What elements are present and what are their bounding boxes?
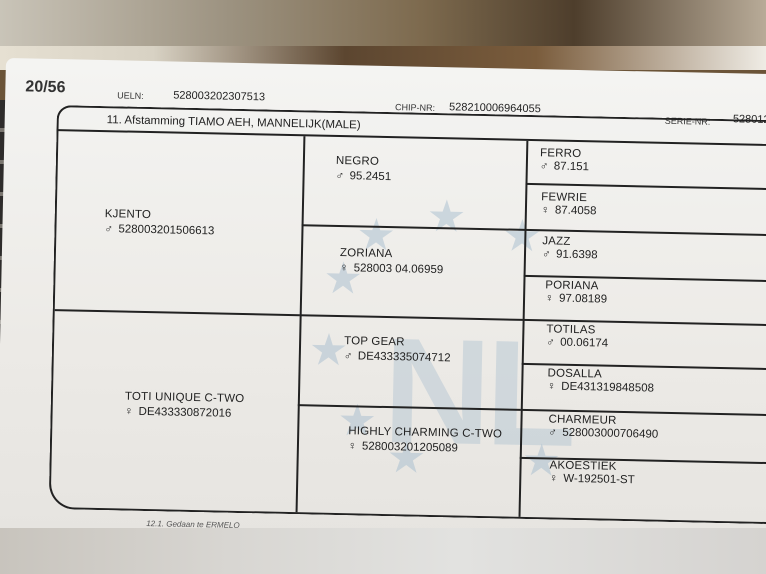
horse-name: DOSALLA <box>547 367 654 381</box>
horse-name: HIGHLY CHARMING C-TWO <box>348 425 502 440</box>
male-icon: ♂ <box>546 336 560 348</box>
horse-id: 87.151 <box>554 160 589 173</box>
male-icon: ♂ <box>542 248 556 260</box>
female-icon: ♀ <box>549 472 563 484</box>
pedigree-sire: KJENTO ♂528003201506613 <box>104 208 214 237</box>
background-blur-bottom <box>0 528 766 574</box>
horse-id: 91.6398 <box>556 249 598 262</box>
star-icon: ★ <box>308 324 349 376</box>
horse-name: NEGRO <box>336 155 392 168</box>
pedigree-table: 11. Afstamming TIAMO AEH, MANNELIJK(MALE… <box>49 105 766 525</box>
horse-id: 87.4058 <box>555 205 597 218</box>
female-icon: ♀ <box>545 292 559 304</box>
horse-id: 528003201506613 <box>118 223 214 237</box>
horse-id: DE431319848508 <box>561 381 654 395</box>
ueln-label: UELN: <box>117 90 144 101</box>
pedigree-gen3-1: FERRO ♂87.151 <box>540 147 590 173</box>
column-divider <box>296 136 306 512</box>
male-icon: ♂ <box>548 426 562 438</box>
pedigree-sire-dam: ZORIANA ♀528003 04.06959 <box>340 247 444 276</box>
horse-id: DE433330872016 <box>138 406 231 420</box>
pedigree-dam: TOTI UNIQUE C-TWO ♀DE433330872016 <box>124 391 244 420</box>
horse-name: KJENTO <box>105 208 215 222</box>
horse-name: CHARMEUR <box>548 413 658 427</box>
horse-name: TOP GEAR <box>344 335 451 349</box>
horse-id: 00.06174 <box>560 337 608 350</box>
horse-id: W-192501-ST <box>563 473 635 486</box>
male-icon: ♂ <box>540 160 554 172</box>
female-icon: ♀ <box>340 262 354 274</box>
pedigree-gen3-6: DOSALLA ♀DE431319848508 <box>547 367 654 394</box>
female-icon: ♀ <box>124 406 138 418</box>
female-icon: ♀ <box>541 204 555 216</box>
horse-id: DE433335074712 <box>358 350 451 364</box>
row-divider <box>525 183 766 191</box>
horse-name: FERRO <box>540 147 589 160</box>
female-icon: ♀ <box>547 380 561 392</box>
row-divider <box>302 224 525 231</box>
pedigree-gen3-3: JAZZ ♂91.6398 <box>542 235 598 261</box>
section-title: 11. Afstamming TIAMO AEH, MANNELIJK(MALE… <box>58 107 766 147</box>
horse-name: JAZZ <box>542 235 598 248</box>
ueln-value: 528003202307513 <box>173 90 265 104</box>
horse-id: 528003 04.06959 <box>354 262 444 276</box>
pedigree-document: 20/56 UELN: 528003202307513 CHIP-NR: 528… <box>0 58 766 555</box>
pedigree-sire-sire: NEGRO ♂95.2451 <box>335 155 391 183</box>
horse-name: TOTI UNIQUE C-TWO <box>125 391 245 405</box>
horse-name: FEWRIE <box>541 191 597 204</box>
female-icon: ♀ <box>348 440 362 452</box>
pedigree-gen3-5: TOTILAS ♂00.06174 <box>546 323 608 349</box>
pedigree-gen3-8: AKOESTIEK ♀W-192501-ST <box>549 459 635 486</box>
male-icon: ♂ <box>335 170 349 182</box>
row-divider <box>55 309 300 316</box>
horse-id: 528003201205089 <box>362 441 458 455</box>
horse-name: ZORIANA <box>340 247 444 261</box>
horse-name: AKOESTIEK <box>549 459 635 473</box>
background-blur-top <box>0 0 766 48</box>
pedigree-gen3-4: PORIANA ♀97.08189 <box>545 279 607 305</box>
male-icon: ♂ <box>344 350 358 362</box>
horse-id: 97.08189 <box>559 293 607 306</box>
pedigree-dam-sire: TOP GEAR ♂DE433335074712 <box>344 335 451 364</box>
male-icon: ♂ <box>104 223 118 235</box>
pedigree-dam-dam: HIGHLY CHARMING C-TWO ♀528003201205089 <box>348 425 502 455</box>
horse-name: PORIANA <box>545 279 607 292</box>
horse-id: 95.2451 <box>349 170 391 183</box>
horse-id: 528003000706490 <box>562 427 658 441</box>
star-icon: ★ <box>426 191 467 243</box>
pedigree-gen3-7: CHARMEUR ♂528003000706490 <box>548 413 658 440</box>
pedigree-gen3-2: FEWRIE ♀87.4058 <box>541 191 597 217</box>
horse-name: TOTILAS <box>546 323 608 336</box>
page-number: 20/56 <box>25 78 65 97</box>
star-icon: ★ <box>502 210 543 262</box>
